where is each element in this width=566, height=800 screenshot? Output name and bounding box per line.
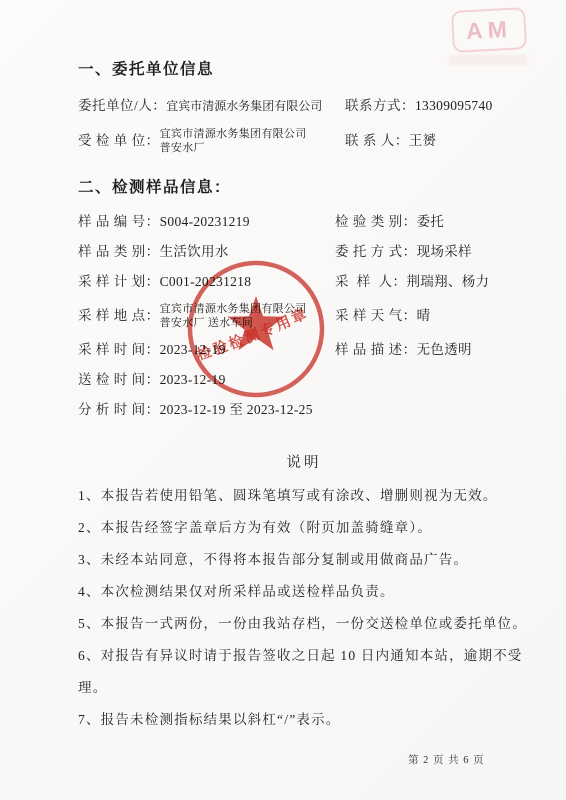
inspection-type-value: 委托: [417, 207, 445, 237]
inspection-type-label: 检 验 类 别：: [335, 207, 417, 237]
section-1-title: 一、委托单位信息: [78, 57, 530, 79]
sampling-location-line2: 普安水厂 送水车间: [160, 316, 307, 330]
row-sampling-time: 采 样 时 间： 2023-12-19 样 品 描 述： 无色透明: [78, 335, 530, 365]
field-client-unit: 委托单位/人： 宜宾市清源水务集团有限公司: [78, 91, 345, 121]
field-inspected-unit: 受 检 单 位： 宜宾市清源水务集团有限公司 普安水厂: [78, 121, 345, 161]
commission-method-value: 现场采样: [417, 237, 472, 267]
analysis-time-label: 分 析 时 间：: [78, 395, 160, 425]
sampling-time-label: 采 样 时 间：: [78, 335, 160, 365]
client-unit-label: 委托单位/人：: [78, 91, 166, 121]
sampler-label: 采 样 人：: [335, 267, 407, 297]
field-inspection-type: 检 验 类 别： 委托: [335, 207, 530, 237]
sampling-location-line1: 宜宾市清源水务集团有限公司: [160, 302, 307, 316]
sample-description-label: 样 品 描 述：: [335, 335, 417, 365]
sampling-weather-value: 晴: [417, 297, 431, 335]
note-item-2: 2、本报告经签字盖章后方为有效（附页加盖骑缝章）。: [78, 512, 530, 544]
sample-category-value: 生活饮用水: [160, 237, 229, 267]
analysis-time-value: 2023-12-19 至 2023-12-25: [160, 395, 313, 425]
report-page: AM 一、委托单位信息 委托单位/人： 宜宾市清源水务集团有限公司 联系方式： …: [0, 0, 566, 800]
am-watermark-stamp: AM: [451, 7, 527, 53]
page-number: 第 2 页 共 6 页: [408, 752, 485, 767]
inspected-unit-line2: 普安水厂: [160, 141, 307, 155]
row-inspected-unit: 受 检 单 位： 宜宾市清源水务集团有限公司 普安水厂 联 系 人： 王赟: [78, 121, 530, 161]
am-watermark-label: AM: [465, 15, 512, 44]
note-item-1: 1、本报告若使用铅笔、圆珠笔填写或有涂改、增删则视为无效。: [78, 480, 530, 512]
notes-title: 说明: [78, 451, 530, 472]
section-sample-info: 二、检测样品信息： 样 品 编 号： S004-20231219 检 验 类 别…: [78, 175, 530, 425]
document-content: 一、委托单位信息 委托单位/人： 宜宾市清源水务集团有限公司 联系方式： 133…: [78, 57, 530, 736]
field-submission-time: 送 检 时 间： 2023-12-19: [78, 365, 335, 395]
section-client-info: 一、委托单位信息 委托单位/人： 宜宾市清源水务集团有限公司 联系方式： 133…: [78, 57, 530, 161]
section-2-title: 二、检测样品信息：: [78, 175, 530, 197]
field-sampling-location: 采 样 地 点： 宜宾市清源水务集团有限公司 普安水厂 送水车间: [78, 297, 335, 335]
note-item-5: 5、本报告一式两份，一份由我站存档，一份交送检单位或委托单位。: [78, 608, 530, 640]
note-item-4: 4、本次检测结果仅对所采样品或送检样品负责。: [78, 576, 530, 608]
sample-description-value: 无色透明: [417, 335, 472, 365]
note-item-7: 7、报告未检测指标结果以斜杠“/”表示。: [78, 704, 530, 736]
field-sampling-plan: 采 样 计 划： C001-20231218: [78, 267, 335, 297]
row-sampling-plan: 采 样 计 划： C001-20231218 采 样 人： 荆瑞翔、杨力: [78, 267, 530, 297]
field-sampling-time: 采 样 时 间： 2023-12-19: [78, 335, 335, 365]
field-commission-method: 委 托 方 式： 现场采样: [335, 237, 530, 267]
inspected-unit-line1: 宜宾市清源水务集团有限公司: [160, 127, 307, 141]
note-item-3: 3、未经本站同意，不得将本报告部分复制或用做商品广告。: [78, 544, 530, 576]
sampling-location-value: 宜宾市清源水务集团有限公司 普安水厂 送水车间: [160, 297, 307, 330]
inspected-unit-label: 受 检 单 位：: [78, 121, 160, 161]
client-unit-value: 宜宾市清源水务集团有限公司: [166, 91, 322, 121]
field-sampling-weather: 采 样 天 气： 晴: [335, 297, 530, 335]
field-sample-number: 样 品 编 号： S004-20231219: [78, 207, 335, 237]
inspected-unit-value: 宜宾市清源水务集团有限公司 普安水厂: [160, 121, 307, 155]
row-sample-number: 样 品 编 号： S004-20231219 检 验 类 别： 委托: [78, 207, 530, 237]
sampling-plan-label: 采 样 计 划：: [78, 267, 160, 297]
field-contact-method: 联系方式： 13309095740: [345, 91, 530, 121]
sample-number-label: 样 品 编 号：: [78, 207, 160, 237]
field-sampler: 采 样 人： 荆瑞翔、杨力: [335, 267, 530, 297]
field-sample-description: 样 品 描 述： 无色透明: [335, 335, 530, 365]
row-sampling-location: 采 样 地 点： 宜宾市清源水务集团有限公司 普安水厂 送水车间 采 样 天 气…: [78, 297, 530, 335]
sample-category-label: 样 品 类 别：: [78, 237, 160, 267]
field-contact-person: 联 系 人： 王赟: [345, 121, 530, 161]
submission-time-value: 2023-12-19: [160, 365, 226, 395]
sampling-plan-value: C001-20231218: [160, 267, 252, 297]
contact-method-value: 13309095740: [415, 91, 493, 121]
sampling-time-value: 2023-12-19: [160, 335, 226, 365]
submission-time-label: 送 检 时 间：: [78, 365, 160, 395]
contact-method-label: 联系方式：: [345, 91, 415, 121]
field-sample-category: 样 品 类 别： 生活饮用水: [78, 237, 335, 267]
field-analysis-time: 分 析 时 间： 2023-12-19 至 2023-12-25: [78, 395, 530, 425]
sample-number-value: S004-20231219: [160, 207, 250, 237]
contact-person-value: 王赟: [409, 121, 437, 161]
sampling-location-label: 采 样 地 点：: [78, 297, 160, 335]
row-sample-category: 样 品 类 别： 生活饮用水 委 托 方 式： 现场采样: [78, 237, 530, 267]
row-submission-time: 送 检 时 间： 2023-12-19: [78, 365, 530, 395]
commission-method-label: 委 托 方 式：: [335, 237, 417, 267]
notes-section: 说明 1、本报告若使用铅笔、圆珠笔填写或有涂改、增删则视为无效。 2、本报告经签…: [78, 451, 530, 736]
sampling-weather-label: 采 样 天 气：: [335, 297, 417, 335]
row-client-unit: 委托单位/人： 宜宾市清源水务集团有限公司 联系方式： 13309095740: [78, 91, 530, 121]
row-analysis-time: 分 析 时 间： 2023-12-19 至 2023-12-25: [78, 395, 530, 425]
contact-person-label: 联 系 人：: [345, 121, 409, 161]
note-item-6: 6、对报告有异议时请于报告签收之日起 10 日内通知本站，逾期不受理。: [78, 640, 530, 704]
sampler-value: 荆瑞翔、杨力: [407, 267, 490, 297]
